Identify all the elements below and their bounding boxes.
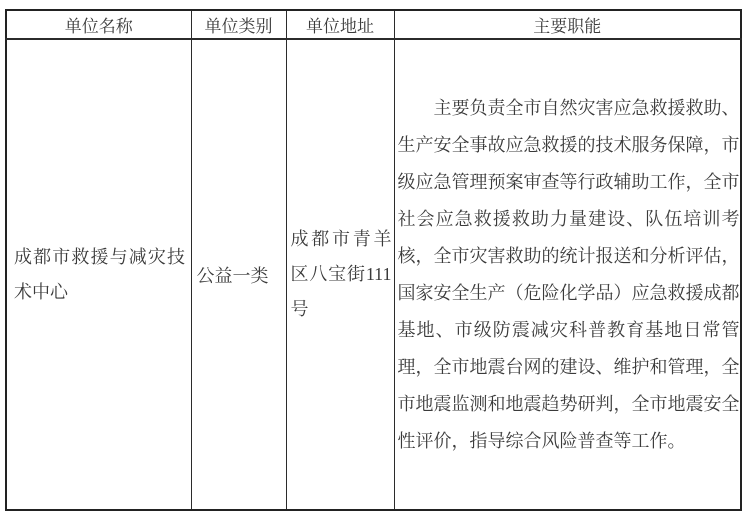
cell-unit-address: 成都市青羊区八宝街111号 [286,39,394,510]
unit-name-text: 成都市救援与减灾技术中心 [14,240,185,310]
table-header-row: 单位名称 单位类别 单位地址 主要职能 [6,10,741,39]
main-functions-text: 主要负责全市自然灾害应急救援救助、生产安全事故应急救援的技术服务保障，市级应急管… [398,90,740,460]
header-unit-name: 单位名称 [6,10,191,39]
cell-main-functions: 主要负责全市自然灾害应急救援救助、生产安全事故应急救援的技术服务保障，市级应急管… [394,39,741,510]
table-row: 成都市救援与减灾技术中心 公益一类 成都市青羊区八宝街111号 主要负责全市自然… [6,39,741,510]
unit-category-text: 公益一类 [197,262,282,288]
header-main-functions: 主要职能 [394,10,741,39]
header-unit-address: 单位地址 [286,10,394,39]
unit-address-text: 成都市青羊区八宝街111号 [291,222,392,327]
cell-unit-category: 公益一类 [191,39,286,510]
cell-unit-name: 成都市救援与减灾技术中心 [6,39,191,510]
unit-info-table: 单位名称 单位类别 单位地址 主要职能 成都市救援与减灾技术中心 公益一类 成都… [5,9,742,511]
header-unit-category: 单位类别 [191,10,286,39]
